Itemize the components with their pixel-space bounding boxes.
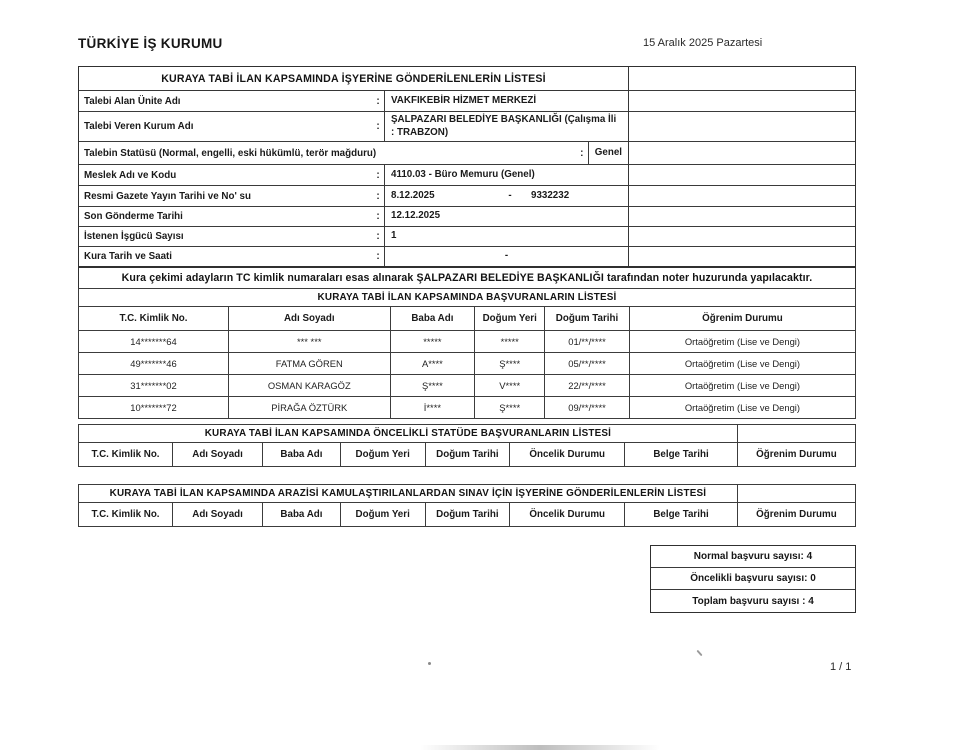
col-header: Belge Tarihi <box>625 503 738 527</box>
cell-tc: 10*******72 <box>79 397 229 419</box>
cell-birthplace: Ş**** <box>475 397 545 419</box>
page-number: 1 / 1 <box>830 661 851 673</box>
applicants-table-title: KURAYA TABİ İLAN KAPSAMINDA BAŞVURANLARI… <box>79 289 856 307</box>
cell-birthplace: V**** <box>475 375 545 397</box>
info-value: ŞALPAZARI BELEDİYE BAŞKANLIĞI (Çalışma İ… <box>384 112 628 141</box>
expropriation-header-row: T.C. Kimlik No. Adı Soyadı Baba Adı Doğu… <box>79 503 856 527</box>
col-header: Öncelik Durumu <box>510 503 625 527</box>
info-value: - <box>384 247 628 266</box>
col-header: T.C. Kimlik No. <box>79 443 173 467</box>
col-header: Doğum Tarihi <box>425 503 510 527</box>
col-header: Doğum Yeri <box>475 307 545 331</box>
colon-separator: : <box>372 247 384 266</box>
cell-father: İ**** <box>390 397 475 419</box>
scan-artifact <box>420 745 660 750</box>
col-header: T.C. Kimlik No. <box>79 503 173 527</box>
cell-father: ***** <box>390 331 475 353</box>
cell-name: PİRAĞA ÖZTÜRK <box>228 397 390 419</box>
cell-birthdate: 01/**/**** <box>545 331 630 353</box>
info-row-lottery-date: Kura Tarih ve Saati : - <box>79 247 628 266</box>
info-label: Meslek Adı ve Kodu <box>79 165 372 185</box>
info-value: 1 <box>384 227 628 246</box>
info-label: Talebin Statüsü (Normal, engelli, eski h… <box>79 142 576 164</box>
info-value: VAKFIKEBİR HİZMET MERKEZİ <box>384 91 628 111</box>
col-header: Öncelik Durumu <box>510 443 625 467</box>
info-value: 12.12.2025 <box>384 207 628 226</box>
cell-birthplace: ***** <box>475 331 545 353</box>
info-value: Genel <box>588 142 628 164</box>
info-label: İstenen İşgücü Sayısı <box>79 227 372 246</box>
priority-table-title: KURAYA TABİ İLAN KAPSAMINDA ÖNCELİKLİ ST… <box>79 425 738 443</box>
application-summary-box: Normal başvuru sayısı: 4 Öncelikli başvu… <box>650 545 856 613</box>
gazette-number: 9332232 <box>531 190 569 202</box>
notary-notice: Kura çekimi adayların TC kimlik numarala… <box>78 267 856 289</box>
organization-title: TÜRKİYE İŞ KURUMU <box>78 36 223 51</box>
applicants-section: Kura çekimi adayların TC kimlik numarala… <box>78 267 856 419</box>
summary-normal-count: Normal başvuru sayısı: 4 <box>651 546 855 568</box>
col-header: Doğum Yeri <box>340 443 425 467</box>
cell-education: Ortaöğretim (Lise ve Dengi) <box>629 397 855 419</box>
request-info-left: KURAYA TABİ İLAN KAPSAMINDA İŞYERİNE GÖN… <box>79 67 629 266</box>
expropriation-table: KURAYA TABİ İLAN KAPSAMINDA ARAZİSİ KAMU… <box>78 484 856 527</box>
gazette-date: 8.12.2025 <box>391 190 489 202</box>
table-row: 14*******64 *** *** ***** ***** 01/**/**… <box>79 331 856 353</box>
info-table-title: KURAYA TABİ İLAN KAPSAMINDA İŞYERİNE GÖN… <box>79 67 628 91</box>
summary-priority-count: Öncelikli başvuru sayısı: 0 <box>651 568 855 590</box>
expropriation-section: KURAYA TABİ İLAN KAPSAMINDA ARAZİSİ KAMU… <box>78 484 856 527</box>
info-label: Son Gönderme Tarihi <box>79 207 372 226</box>
cell-father: A**** <box>390 353 475 375</box>
cell-tc: 49*******46 <box>79 353 229 375</box>
cell-father: Ş**** <box>390 375 475 397</box>
scan-artifact <box>428 662 431 665</box>
info-value: 4110.03 - Büro Memuru (Genel) <box>384 165 628 185</box>
info-row-institution: Talebi Veren Kurum Adı : ŞALPAZARI BELED… <box>79 112 628 142</box>
cell-tc: 14*******64 <box>79 331 229 353</box>
cell-education: Ortaöğretim (Lise ve Dengi) <box>629 375 855 397</box>
cell-tc: 31*******02 <box>79 375 229 397</box>
colon-separator: : <box>372 91 384 111</box>
colon-separator: : <box>372 227 384 246</box>
col-header: Baba Adı <box>390 307 475 331</box>
table-row: 49*******46 FATMA GÖREN A**** Ş**** 05/*… <box>79 353 856 375</box>
gazette-dash: - <box>489 190 531 202</box>
colon-separator: : <box>372 186 384 206</box>
document-date: 15 Aralık 2025 Pazartesi <box>643 37 762 49</box>
request-info-table: KURAYA TABİ İLAN KAPSAMINDA İŞYERİNE GÖN… <box>78 66 856 267</box>
cell-education: Ortaöğretim (Lise ve Dengi) <box>629 331 855 353</box>
table-row: 10*******72 PİRAĞA ÖZTÜRK İ**** Ş**** 09… <box>79 397 856 419</box>
info-row-status: Talebin Statüsü (Normal, engelli, eski h… <box>79 142 628 165</box>
colon-separator: : <box>576 142 588 164</box>
col-header: Adı Soyadı <box>173 503 263 527</box>
info-label: Talebi Veren Kurum Adı <box>79 112 372 141</box>
col-header: Adı Soyadı <box>228 307 390 331</box>
cell-birthdate: 05/**/**** <box>545 353 630 375</box>
applicants-table: KURAYA TABİ İLAN KAPSAMINDA BAŞVURANLARI… <box>78 288 856 419</box>
col-header: Öğrenim Durumu <box>629 307 855 331</box>
info-row-occupation: Meslek Adı ve Kodu : 4110.03 - Büro Memu… <box>79 165 628 186</box>
cell-name: OSMAN KARAGÖZ <box>228 375 390 397</box>
col-header: Baba Adı <box>263 503 341 527</box>
table-row: 31*******02 OSMAN KARAGÖZ Ş**** V**** 22… <box>79 375 856 397</box>
summary-total-count: Toplam başvuru sayısı : 4 <box>651 590 855 612</box>
col-header: Öğrenim Durumu <box>737 503 855 527</box>
colon-separator: : <box>372 112 384 141</box>
col-header: T.C. Kimlik No. <box>79 307 229 331</box>
info-label: Kura Tarih ve Saati <box>79 247 372 266</box>
cell-education: Ortaöğretim (Lise ve Dengi) <box>629 353 855 375</box>
cell-name: FATMA GÖREN <box>228 353 390 375</box>
cell-birthplace: Ş**** <box>475 353 545 375</box>
colon-separator: : <box>372 207 384 226</box>
info-label: Resmi Gazete Yayın Tarihi ve No' su <box>79 186 372 206</box>
colon-separator: : <box>372 165 384 185</box>
col-header: Doğum Tarihi <box>545 307 630 331</box>
col-header: Adı Soyadı <box>173 443 263 467</box>
request-info-empty-column <box>629 67 855 266</box>
info-row-unit: Talebi Alan Ünite Adı : VAKFIKEBİR HİZME… <box>79 91 628 112</box>
col-header: Doğum Tarihi <box>425 443 510 467</box>
col-header: Baba Adı <box>263 443 341 467</box>
cell-birthdate: 09/**/**** <box>545 397 630 419</box>
info-row-deadline: Son Gönderme Tarihi : 12.12.2025 <box>79 207 628 227</box>
info-row-gazette: Resmi Gazete Yayın Tarihi ve No' su : 8.… <box>79 186 628 207</box>
col-header: Doğum Yeri <box>340 503 425 527</box>
applicants-header-row: T.C. Kimlik No. Adı Soyadı Baba Adı Doğu… <box>79 307 856 331</box>
scan-artifact <box>696 650 702 657</box>
expropriation-table-title: KURAYA TABİ İLAN KAPSAMINDA ARAZİSİ KAMU… <box>79 485 738 503</box>
priority-table: KURAYA TABİ İLAN KAPSAMINDA ÖNCELİKLİ ST… <box>78 424 856 467</box>
cell-name: *** *** <box>228 331 390 353</box>
info-value: 8.12.2025 - 9332232 <box>384 186 628 206</box>
empty-cell <box>737 485 855 503</box>
cell-birthdate: 22/**/**** <box>545 375 630 397</box>
info-row-workforce: İstenen İşgücü Sayısı : 1 <box>79 227 628 247</box>
priority-section: KURAYA TABİ İLAN KAPSAMINDA ÖNCELİKLİ ST… <box>78 424 856 467</box>
priority-header-row: T.C. Kimlik No. Adı Soyadı Baba Adı Doğu… <box>79 443 856 467</box>
col-header: Belge Tarihi <box>625 443 738 467</box>
col-header: Öğrenim Durumu <box>737 443 855 467</box>
empty-cell <box>737 425 855 443</box>
info-label: Talebi Alan Ünite Adı <box>79 91 372 111</box>
